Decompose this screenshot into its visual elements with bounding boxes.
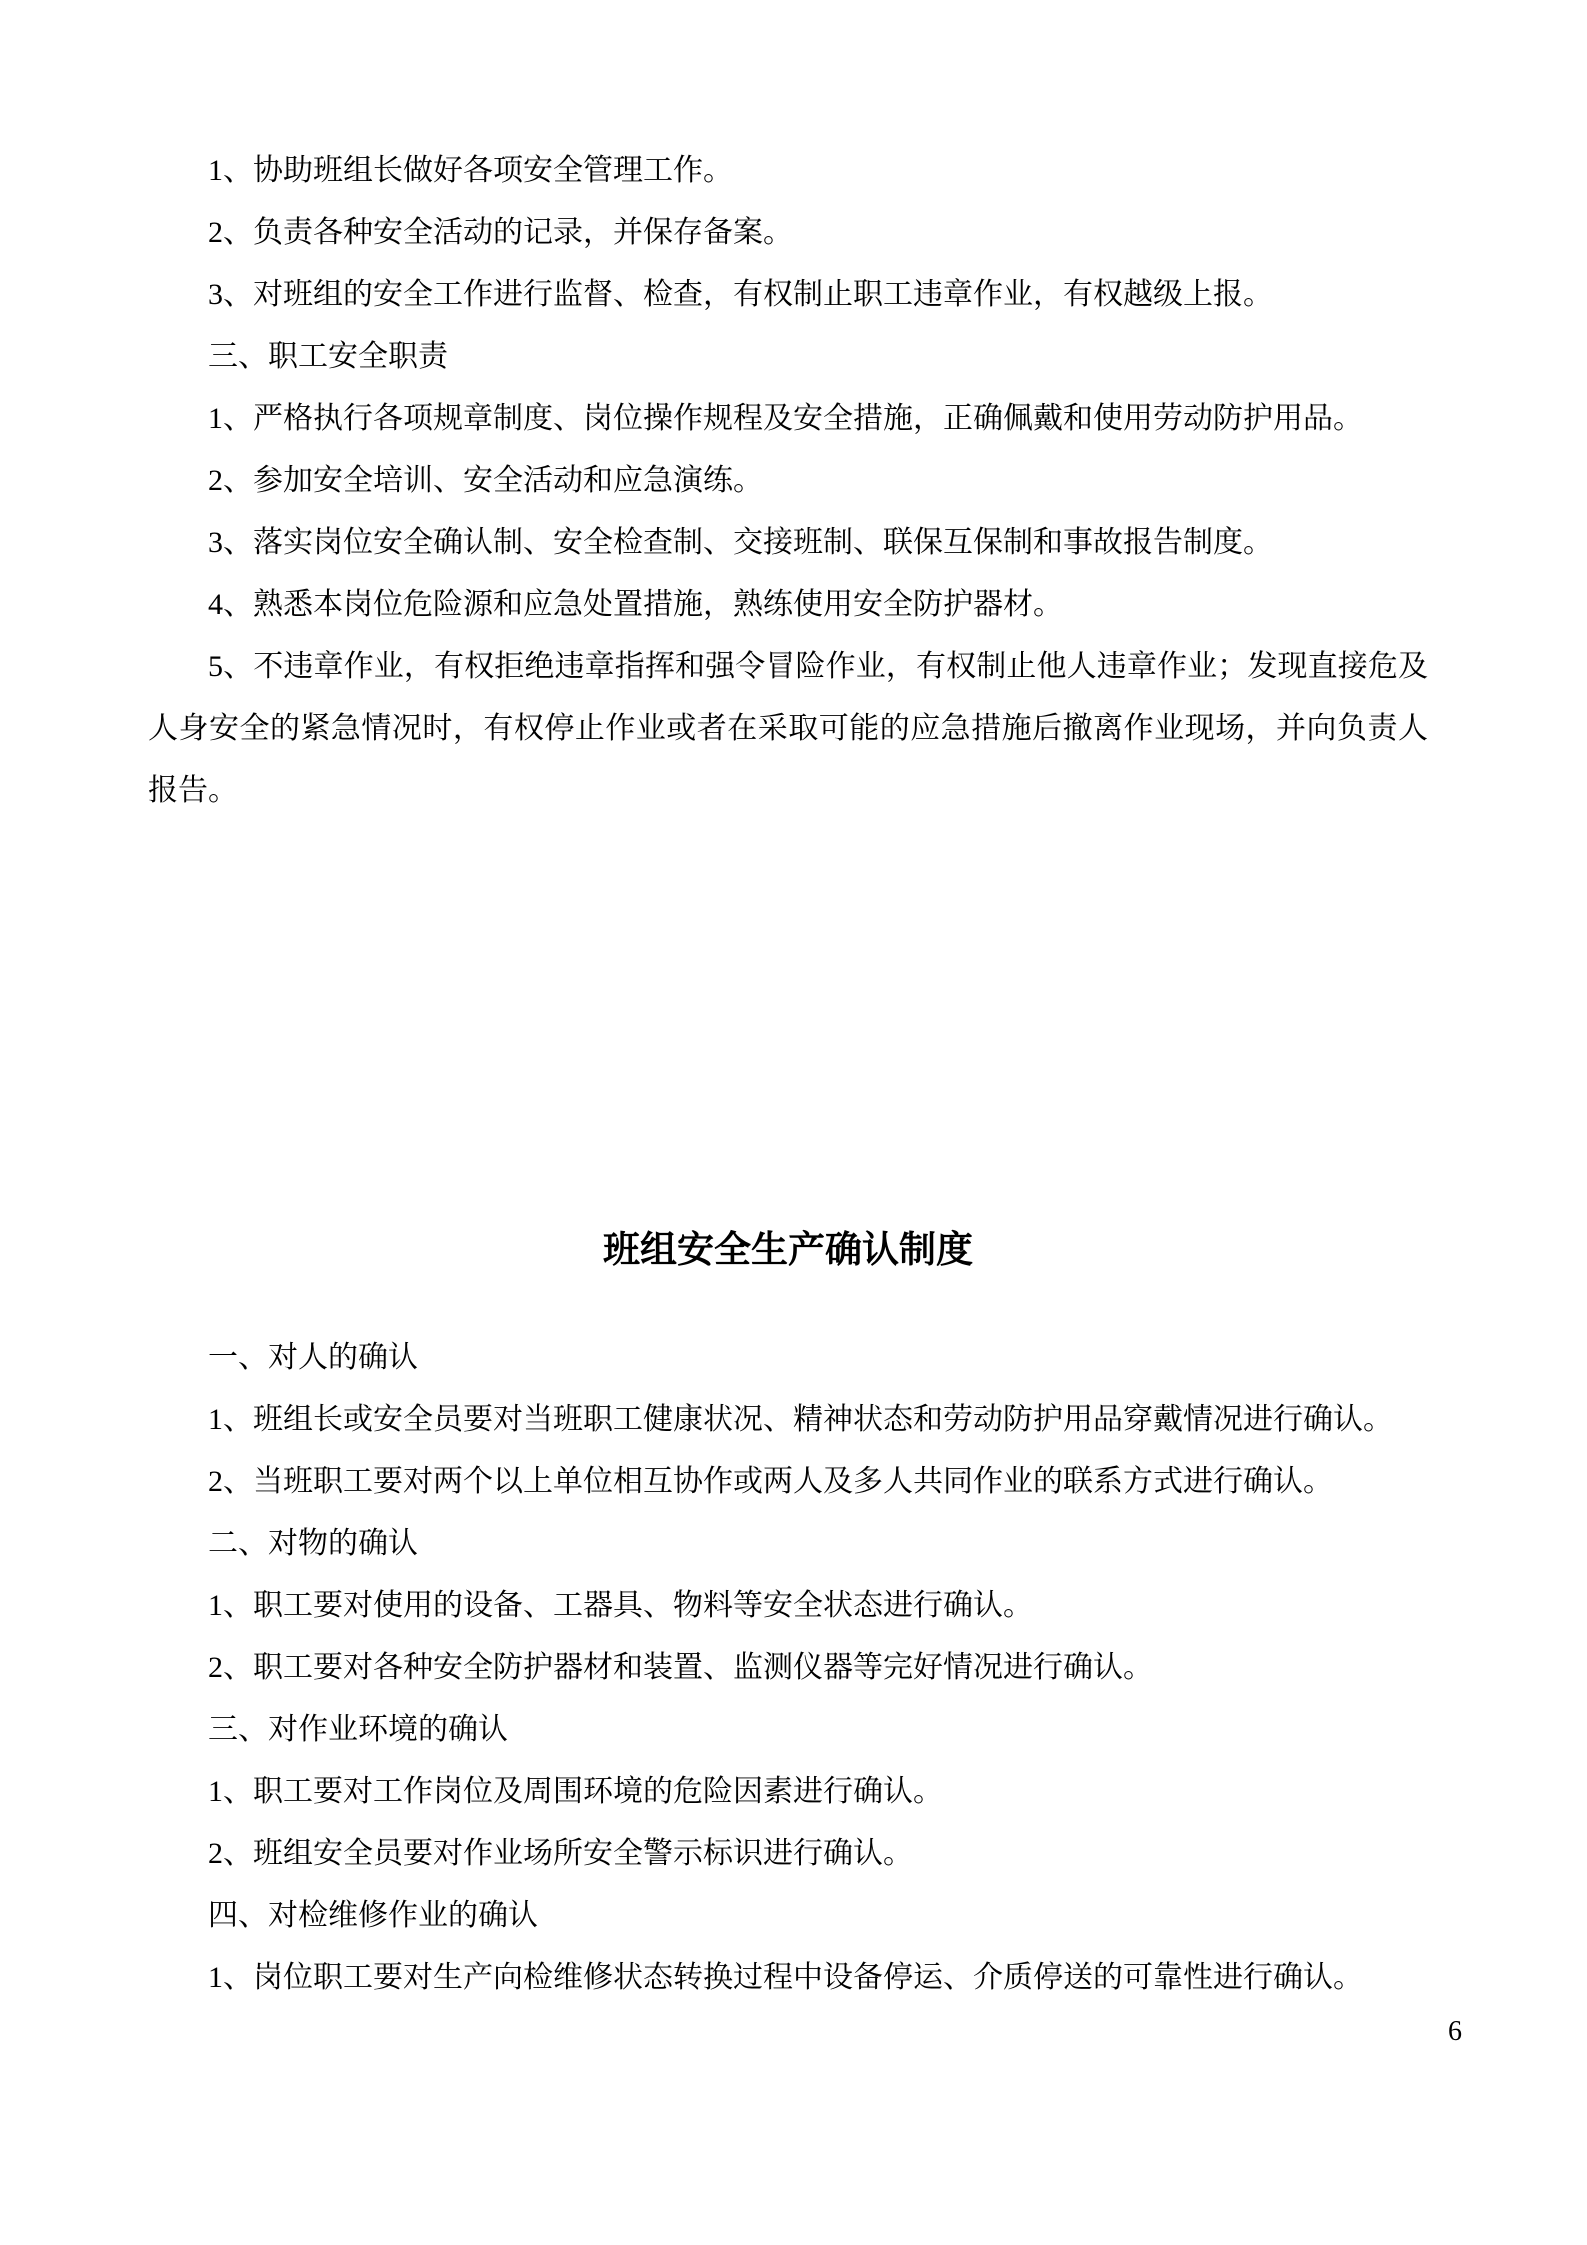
paragraph: 1、严格执行各项规章制度、岗位操作规程及安全措施，正确佩戴和使用劳动防护用品。	[148, 388, 1428, 450]
paragraph: 1、职工要对工作岗位及周围环境的危险因素进行确认。	[148, 1761, 1428, 1823]
paragraph: 3、对班组的安全工作进行监督、检查，有权制止职工违章作业，有权越级上报。	[148, 264, 1428, 326]
paragraph: 4、熟悉本岗位危险源和应急处置措施，熟练使用安全防护器材。	[148, 574, 1428, 636]
document-title: 班组安全生产确认制度	[148, 1219, 1428, 1281]
section-heading: 二、对物的确认	[148, 1513, 1428, 1575]
paragraph: 1、岗位职工要对生产向检维修状态转换过程中设备停运、介质停送的可靠性进行确认。	[148, 1947, 1428, 2009]
paragraph: 2、班组安全员要对作业场所安全警示标识进行确认。	[148, 1823, 1428, 1885]
paragraph: 5、不违章作业，有权拒绝违章指挥和强令冒险作业，有权制止他人违章作业；发现直接危…	[148, 636, 1428, 822]
paragraph: 2、当班职工要对两个以上单位相互协作或两人及多人共同作业的联系方式进行确认。	[148, 1451, 1428, 1513]
section-heading: 四、对检维修作业的确认	[148, 1885, 1428, 1947]
paragraph: 1、班组长或安全员要对当班职工健康状况、精神状态和劳动防护用品穿戴情况进行确认。	[148, 1389, 1428, 1451]
section-heading: 三、职工安全职责	[148, 326, 1428, 388]
paragraph: 2、负责各种安全活动的记录，并保存备案。	[148, 202, 1428, 264]
paragraph: 3、落实岗位安全确认制、安全检查制、交接班制、联保互保制和事故报告制度。	[148, 512, 1428, 574]
paragraph: 2、参加安全培训、安全活动和应急演练。	[148, 450, 1428, 512]
paragraph: 1、协助班组长做好各项安全管理工作。	[148, 140, 1428, 202]
page-number: 6	[1448, 2012, 1462, 2052]
document-page: 1、协助班组长做好各项安全管理工作。 2、负责各种安全活动的记录，并保存备案。 …	[0, 0, 1587, 2245]
paragraph: 1、职工要对使用的设备、工器具、物料等安全状态进行确认。	[148, 1575, 1428, 1637]
section-heading: 三、对作业环境的确认	[148, 1699, 1428, 1761]
paragraph: 2、职工要对各种安全防护器材和装置、监测仪器等完好情况进行确认。	[148, 1637, 1428, 1699]
document-body: 1、协助班组长做好各项安全管理工作。 2、负责各种安全活动的记录，并保存备案。 …	[148, 140, 1428, 2009]
section-heading: 一、对人的确认	[148, 1327, 1428, 1389]
